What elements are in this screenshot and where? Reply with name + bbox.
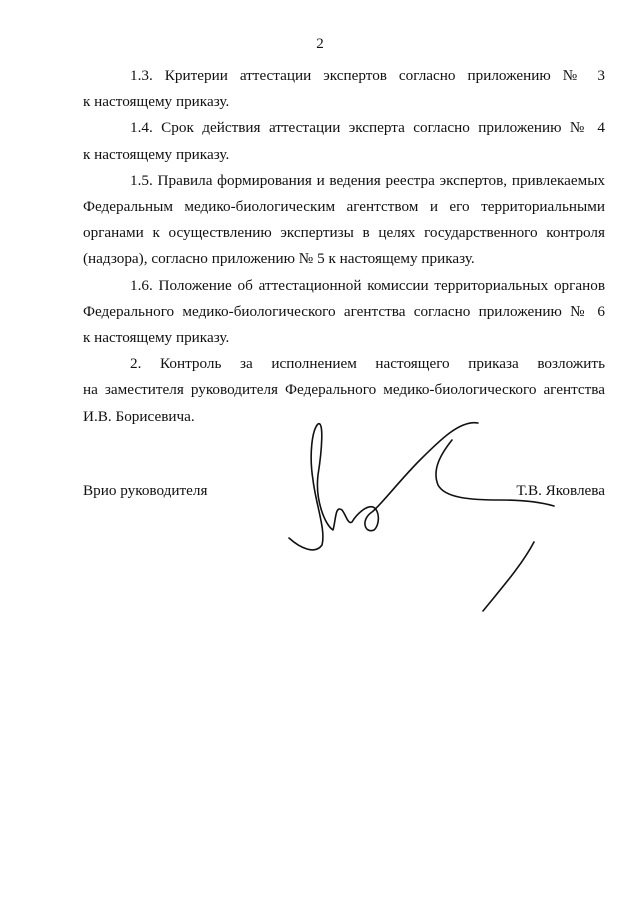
paragraph-line: 1.4. Срок действия аттестации эксперта с… — [83, 115, 605, 141]
paragraph-line: 1.5. Правила формирования и ведения реес… — [83, 168, 605, 194]
paragraph-line: 1.3. Критерии аттестации экспертов согла… — [83, 63, 605, 89]
paragraph-1-6: 1.6. Положение об аттестационной комисси… — [83, 273, 605, 352]
paragraph-2: 2. Контроль за исполнением настоящего пр… — [83, 351, 605, 430]
paragraph-line: 2. Контроль за исполнением настоящего пр… — [83, 351, 605, 377]
paragraph-line: к настоящему приказу. — [83, 142, 605, 168]
paragraph-line: к настоящему приказу. — [83, 325, 605, 351]
page-number: 2 — [0, 36, 640, 53]
paragraph-line: Федеральным медико-биологическим агентст… — [83, 194, 605, 220]
signer-title: Врио руководителя — [83, 482, 207, 500]
paragraph-1-4: 1.4. Срок действия аттестации эксперта с… — [83, 115, 605, 167]
paragraph-line: органами к осуществлению экспертизы в це… — [83, 220, 605, 246]
paragraph-line: на заместителя руководителя Федерального… — [83, 377, 605, 403]
document-body: 1.3. Критерии аттестации экспертов согла… — [83, 63, 605, 430]
paragraph-line: И.В. Борисевича. — [83, 404, 605, 430]
paragraph-1-5: 1.5. Правила формирования и ведения реес… — [83, 168, 605, 273]
paragraph-1-3: 1.3. Критерии аттестации экспертов согла… — [83, 63, 605, 115]
paragraph-line: к настоящему приказу. — [83, 89, 605, 115]
paragraph-line: (надзора), согласно приложению № 5 к нас… — [83, 246, 605, 272]
paragraph-line: Федерального медико-биологического агент… — [83, 299, 605, 325]
paragraph-line: 1.6. Положение об аттестационной комисси… — [83, 273, 605, 299]
signer-name: Т.В. Яковлева — [516, 482, 605, 500]
